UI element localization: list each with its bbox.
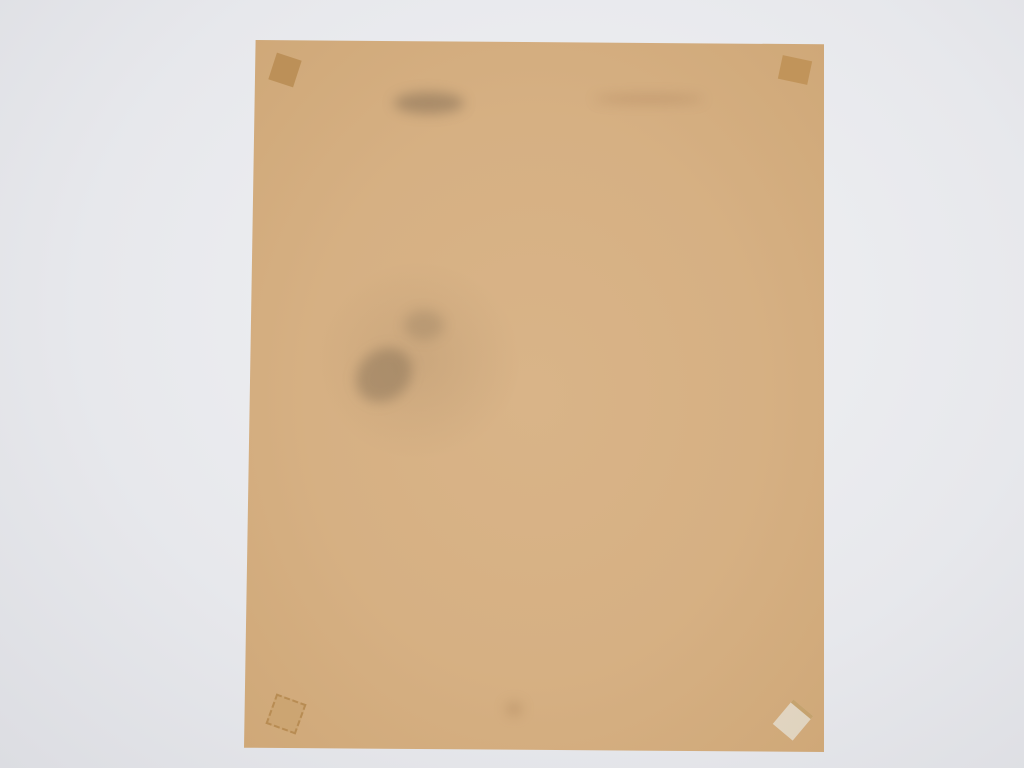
stain-bottom-center xyxy=(506,702,522,716)
graphite-smudge-middle xyxy=(404,310,444,340)
graphite-smudge-top-right xyxy=(594,95,704,103)
graphite-smudge-middle-left xyxy=(345,337,423,414)
graphite-smudge-top xyxy=(394,92,464,114)
tape-top-left xyxy=(268,53,301,88)
cardboard-back xyxy=(244,40,824,752)
tape-bottom-right xyxy=(773,699,813,740)
tape-top-right xyxy=(778,55,812,85)
tape-bottom-left xyxy=(265,693,306,734)
